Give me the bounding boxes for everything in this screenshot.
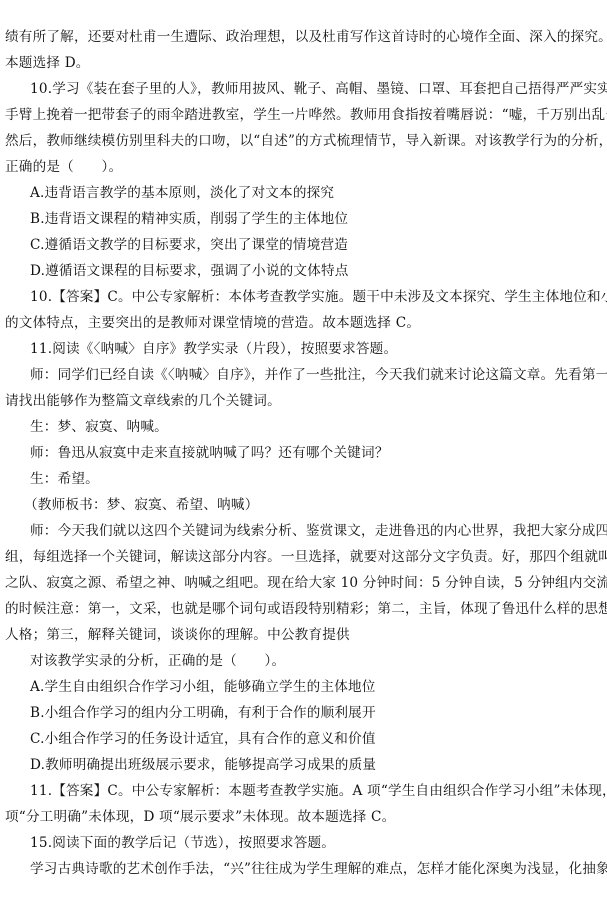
q10-option-b: B.违背语文课程的精神实质，削弱了学生的主体地位 [0,206,607,232]
text-line-33: 学习古典诗歌的艺术创作手法，“兴”往往成为学生理解的难点，怎样才能化深奥为浅显，… [0,856,607,882]
dialogue-teacher-2: 师：鲁迅从寂寞中走来直接就呐喊了吗？还有哪个关键词？ [0,440,607,466]
dialogue-student-1: 生：梦、寂寞、呐喊。 [0,414,607,440]
q11-option-b: B.小组合作学习的组内分工明确，有利于合作的顺利展开 [0,700,607,726]
q10-option-c: C.遵循语文教学的目标要求，突出了课堂的情境营造 [0,232,607,258]
q11-option-a: A.学生自由组织合作学习小组，能够确立学生的主体地位 [0,674,607,700]
text-line-05: 然后，教师继续模仿别里科夫的口吻，以“自述”的方式梳理情节，导入新课。对该教学行… [0,128,607,154]
q11-answer: 11.【答案】C。中公专家解析：本题考查教学实施。A 项“学生自由组织合作学习小… [0,778,607,804]
dialogue-teacher-3: 师：今天我们就以这四个关键词为线索分析、鉴赏课文，走进鲁迅的内心世界，我把大家分… [0,518,607,544]
text-line-12: 的文体特点，主要突出的是教师对课堂情境的营造。故本题选择 C。 [0,310,607,336]
q10-option-a: A.违背语言教学的基本原则，淡化了对文本的探究 [0,180,607,206]
text-line-06: 正确的是（ ）。 [0,154,607,180]
text-line-24: 人格；第三，解释关键词，谈谈你的理解。中公教育提供 [0,622,607,648]
text-line-23: 的时候注意：第一，文采，也就是哪个词句或语段特别精彩；第二，主旨，体现了鲁迅什么… [0,596,607,622]
q10-answer: 10.【答案】C。中公专家解析：本体考查教学实施。题干中未涉及文本探究、学生主体… [0,284,607,310]
text-line-21: 组，每组选择一个关键词，解读这部分内容。一旦选择，就要对这部分文字负责。好，那四… [0,544,607,570]
text-line-31: 项“分工明确”未体现，D 项“展示要求”未体现。故本题选择 C。 [0,804,607,830]
text-line-15: 请找出能够作为整篇文章线索的几个关键词。 [0,388,607,414]
text-line-22: 之队、寂寞之源、希望之神、呐喊之组吧。现在给大家 10 分钟时间：5 分钟自读，… [0,570,607,596]
q11-option-d: D.教师明确提出班级展示要求，能够提高学习成果的质量 [0,752,607,778]
blackboard-note: （教师板书：梦、寂寞、希望、呐喊） [0,492,607,518]
text-line-01: 绩有所了解，还要对杜甫一生遭际、政治理想，以及杜甫写作这首诗时的心境作全面、深入… [0,24,607,50]
question-10-stem: 10.学习《装在套子里的人》，教师用披风、靴子、高帽、墨镜、口罩、耳套把自己捂得… [0,76,607,102]
dialogue-student-2: 生：希望。 [0,466,607,492]
q11-prompt: 对该教学实录的分析，正确的是（ ）。 [0,648,607,674]
q11-option-c: C.小组合作学习的任务设计适宜，具有合作的意义和价值 [0,726,607,752]
dialogue-teacher-1: 师：同学们已经自读《〈呐喊〉自序》，并作了一些批注，今天我们就来讨论这篇文章。先… [0,362,607,388]
question-15-stem: 15.阅读下面的教学后记（节选），按照要求答题。 [0,830,607,856]
question-11-stem: 11.阅读《〈呐喊〉自序》教学实录（片段），按照要求答题。 [0,336,607,362]
q10-option-d: D.遵循语文课程的目标要求，强调了小说的文体特点 [0,258,607,284]
text-line-02: 本题选择 D。 [0,50,607,76]
document-page: 绩有所了解，还要对杜甫一生遭际、政治理想，以及杜甫写作这首诗时的心境作全面、深入… [0,24,607,882]
text-line-04: 手臂上挽着一把带套子的雨伞踏进教室，学生一片哗然。教师用食指按着嘴唇说：“嘘，千… [0,102,607,128]
